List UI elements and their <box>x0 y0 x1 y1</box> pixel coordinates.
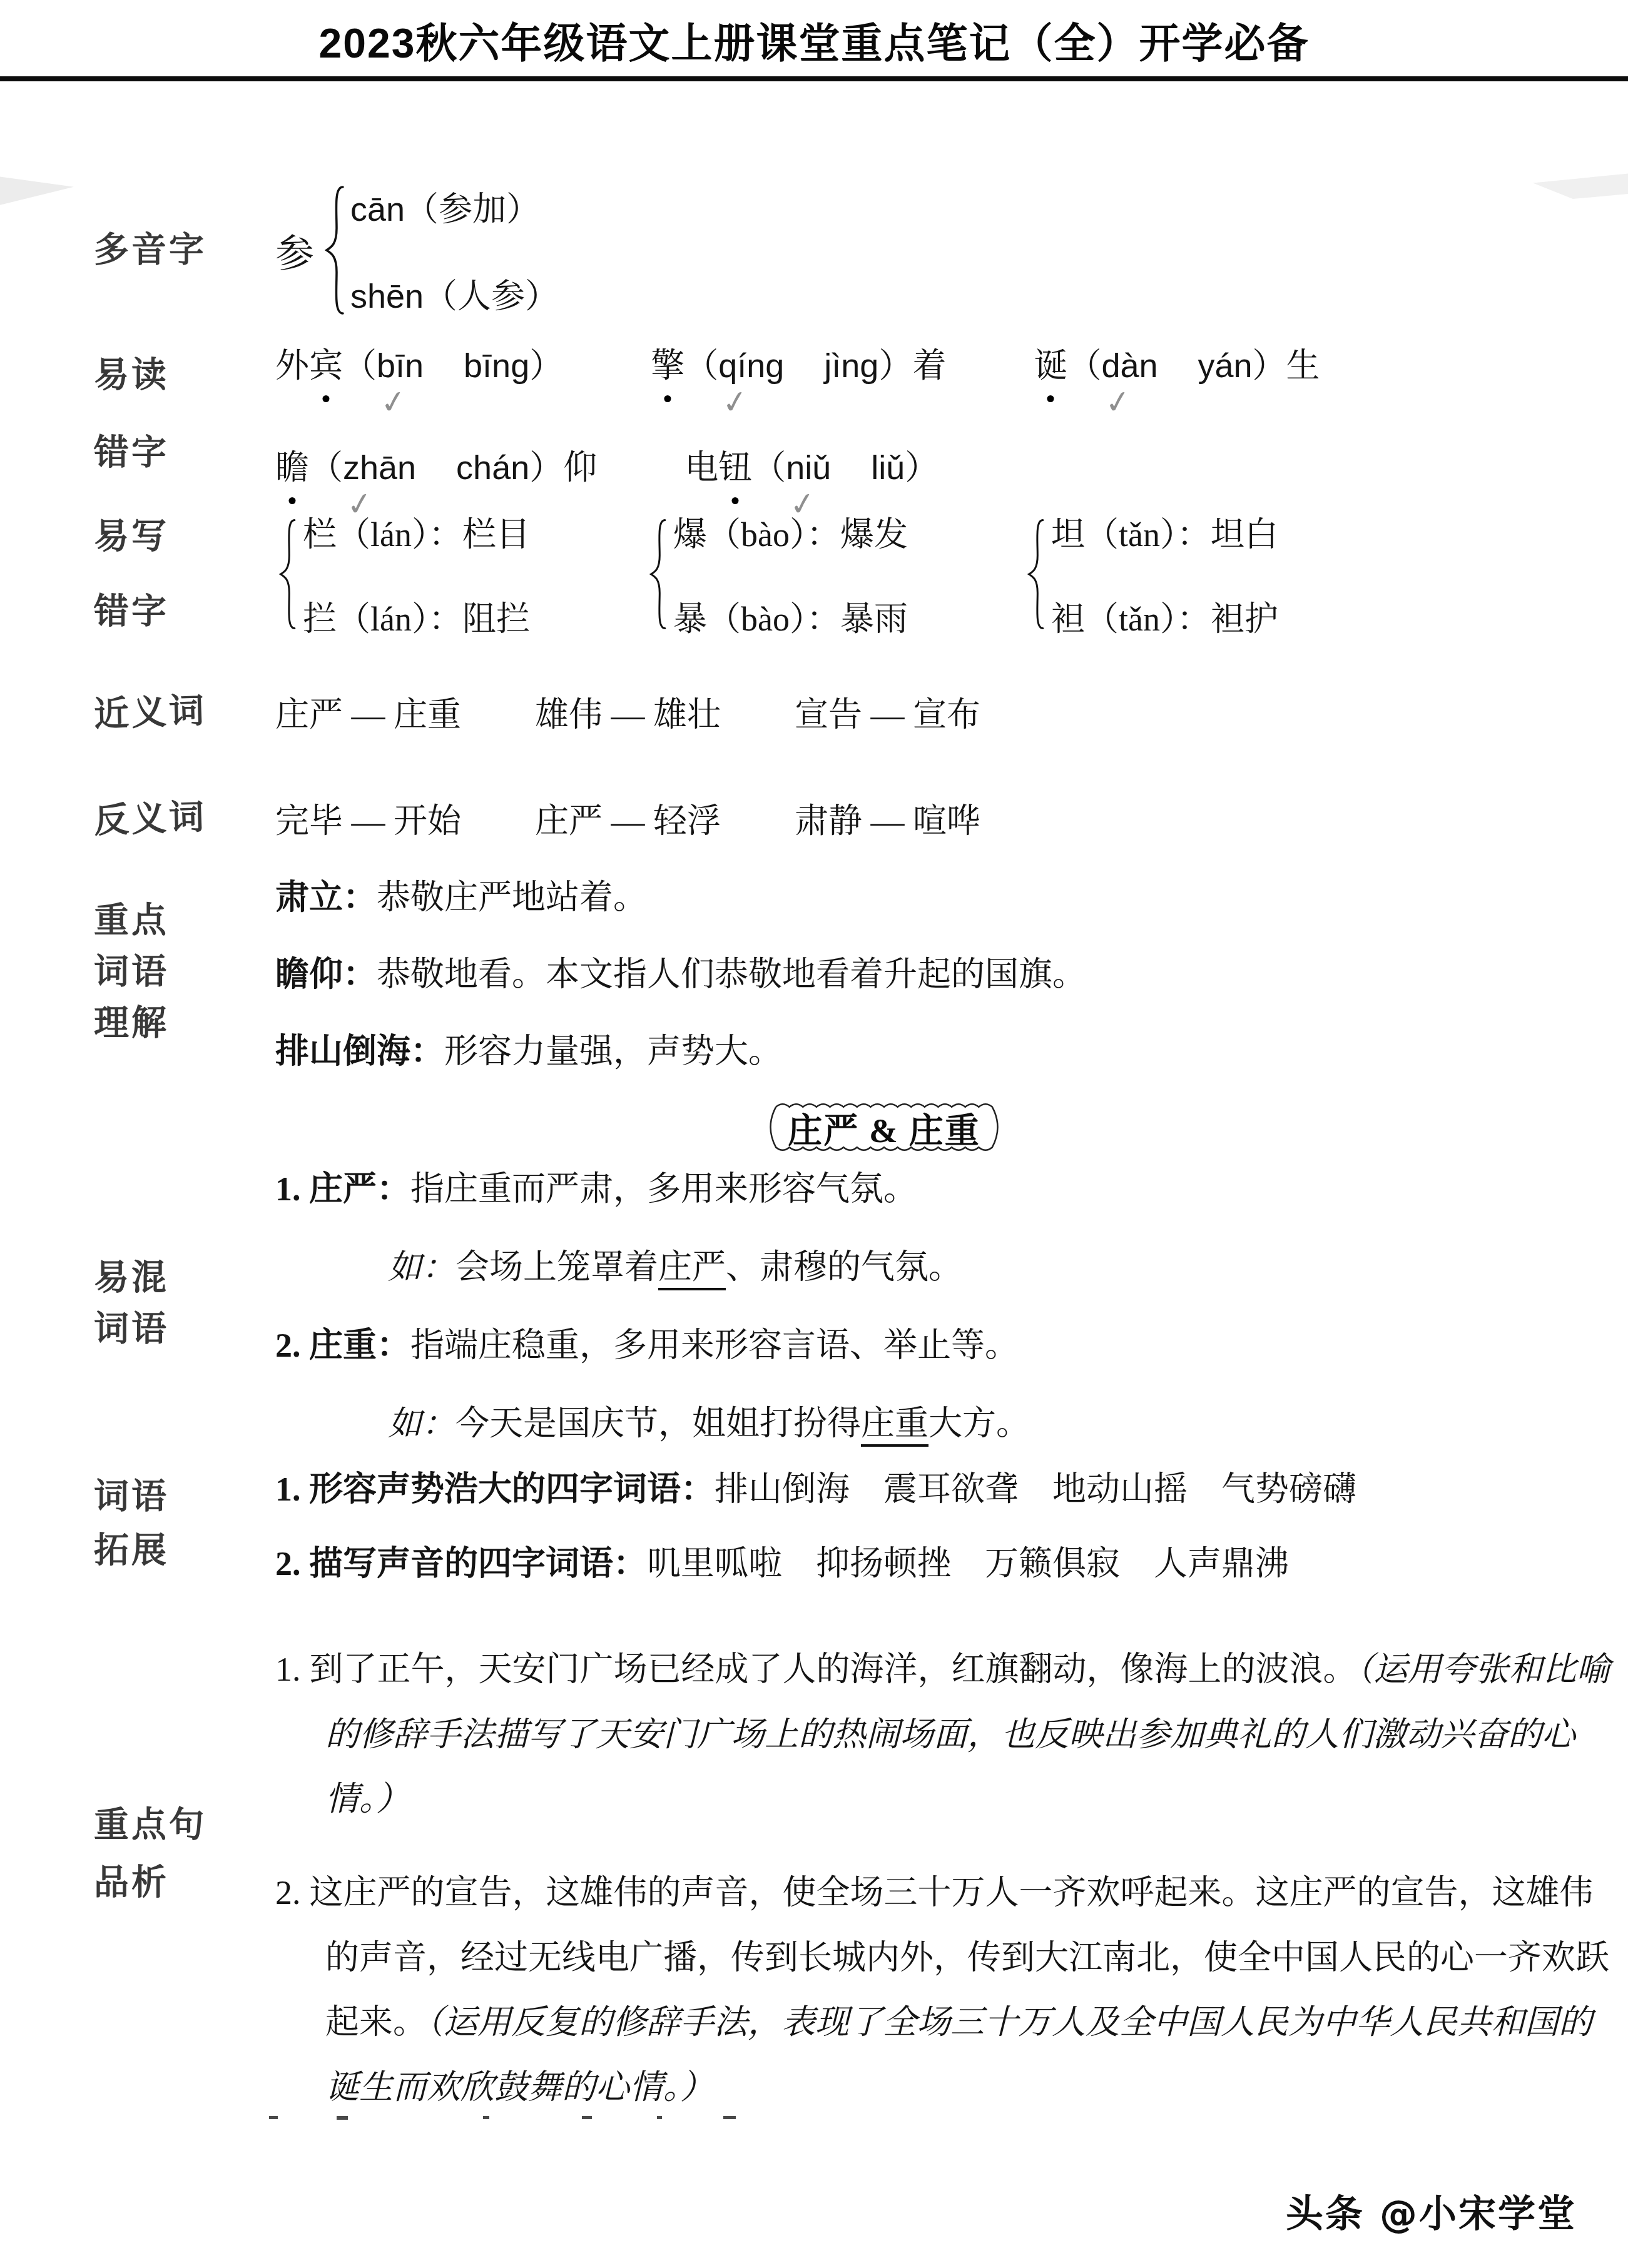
miswrite-top: 坦（tǎn）：坦白 <box>1051 508 1278 556</box>
section-label: 重点句 <box>94 1808 275 1843</box>
synonym-pair: 宣告 — 宣布 <box>795 688 980 736</box>
section-label: 多音字 <box>94 233 275 268</box>
dotted-char: 诞 <box>1034 339 1067 387</box>
synonym-pair: 庄严 — 庄重 <box>275 688 461 736</box>
confusable-example: 如：会场上笼罩着庄严、肃穆的气氛。 <box>388 1240 1030 1288</box>
page-title: 2023秋六年级语文上册课堂重点笔记（全）开学必备 <box>0 10 1628 69</box>
section-label: 易读 <box>94 358 275 393</box>
section-label: 重点 <box>94 903 275 938</box>
underlined-word: 庄严 <box>658 1248 726 1290</box>
word-definition: 肃立：恭敬庄严地站着。 <box>275 871 1086 919</box>
checkmark-icon: ✓ <box>378 382 409 422</box>
section-label: 易混 <box>94 1260 275 1295</box>
misread-row: 外宾（bīn✓bīng） 擎（qíng✓jìng）着 诞（dàn✓yán）生 <box>275 339 1320 387</box>
section-synonyms: 近义词 庄严 — 庄重 雄伟 — 雄壮 宣告 — 宣布 <box>0 674 1628 749</box>
section-label: 错字 <box>94 594 275 629</box>
misread-entry: 诞（dàn✓yán）生 <box>1034 339 1320 387</box>
key-sentence: 2.这庄严的宣告，这雄伟的声音，使全场三十万人一齐欢呼起来。这庄严的宣告，这雄伟… <box>275 1861 1614 2120</box>
misread-entry: 擎（qíng✓jìng）着 <box>651 339 946 387</box>
brace-icon <box>1024 510 1046 639</box>
miswrite-bottom: 袒（tǎn）：袒护 <box>1051 592 1278 640</box>
section-misread: 易读 错字 外宾（bīn✓bīng） 擎（qíng✓jìng）着 诞（dàn✓y… <box>0 339 1628 489</box>
sentence-annotation: （运用反复的修辞手法，表现了全场三十万人及全中国人民为中华人民共和国的诞生而欢欣… <box>325 2003 1592 2106</box>
section-antonyms: 反义词 完毕 — 开始 庄严 — 轻浮 肃静 — 喧哗 <box>0 781 1628 856</box>
section-confusable-words: 易混 词语 1. 庄严：指庄重而严肃，多用来形容气氛。 如：会场上笼罩着庄严、肃… <box>0 1162 1628 1445</box>
misread-entry: 瞻（zhān✓chán）仰 <box>275 441 597 489</box>
confusable-example: 如：今天是国庆节，姐姐打扮得庄重大方。 <box>388 1397 1030 1445</box>
section-label: 品析 <box>94 1865 275 1900</box>
watermark-text: 头条 @小宋学堂 <box>1286 2184 1577 2238</box>
miswrite-group: 坦（tǎn）：坦白 袒（tǎn）：袒护 <box>1024 508 1278 640</box>
misread-entry: 电钮（niǔ✓liǔ） <box>684 441 939 489</box>
synonym-pair: 雄伟 — 雄壮 <box>535 688 721 736</box>
word-definition: 排山倒海：形容力量强，声势大。 <box>275 1025 1086 1073</box>
dotted-char: 钮 <box>718 441 752 489</box>
confusable-definition: 1. 庄严：指庄重而严肃，多用来形容气氛。 <box>275 1162 1030 1210</box>
comparison-callout-box: 庄严 & 庄重 <box>767 1098 1001 1156</box>
miswrite-bottom: 暴（bào）：暴雨 <box>673 592 908 640</box>
miswrite-group: 栏（lán）：栏目 拦（lán）：阻拦 <box>275 508 530 640</box>
antonym-pair: 庄严 — 轻浮 <box>535 794 721 843</box>
section-miswrite: 易写 错字 栏（lán）：栏目 拦（lán）：阻拦 <box>0 508 1628 640</box>
underlined-word: 庄重 <box>861 1405 928 1447</box>
section-key-sentences: 重点句 品析 1.到了正午，天安门广场已经成了人的海洋，红旗翻动，像海上的波浪。… <box>0 1638 1628 2120</box>
section-label: 近义词 <box>93 691 276 732</box>
key-sentence: 1.到了正午，天安门广场已经成了人的海洋，红旗翻动，像海上的波浪。（运用夸张和比… <box>275 1638 1614 1832</box>
callout-text: 庄严 & 庄重 <box>767 1098 1001 1156</box>
section-label: 拓展 <box>94 1533 275 1568</box>
miswrite-bottom: 拦（lán）：阻拦 <box>303 592 530 640</box>
dotted-char: 瞻 <box>275 441 309 489</box>
section-label: 词语 <box>94 1479 275 1514</box>
brace-icon <box>646 510 668 639</box>
brace-icon <box>275 510 298 639</box>
reading-2: shēn（人参） <box>350 270 559 318</box>
word-definition: 瞻仰：恭敬地看。本文指人们恭敬地看着升起的国旗。 <box>275 948 1086 996</box>
section-key-words: 重点 词语 理解 肃立：恭敬庄严地站着。 瞻仰：恭敬地看。本文指人们恭敬地看着升… <box>0 871 1628 1073</box>
misread-row: 瞻（zhān✓chán）仰 电钮（niǔ✓liǔ） <box>275 441 1320 489</box>
brace-icon <box>320 183 347 317</box>
title-divider <box>0 76 1628 81</box>
reading-1: cān（参加） <box>350 183 559 231</box>
section-label: 词语 <box>94 1312 275 1347</box>
confusable-definition: 2. 庄重：指端庄稳重，多用来形容言语、举止等。 <box>275 1319 1030 1367</box>
section-label: 易写 <box>94 519 275 554</box>
dotted-char: 宾 <box>309 339 343 387</box>
section-label: 错字 <box>94 435 275 470</box>
section-label: 词语 <box>94 954 275 990</box>
miswrite-group: 爆（bào）：爆发 暴（bào）：暴雨 <box>646 508 908 640</box>
notes-page: 2023秋六年级语文上册课堂重点笔记（全）开学必备 多音字 参 cān（参加） … <box>0 0 1628 2268</box>
misread-entry: 外宾（bīn✓bīng） <box>275 339 563 387</box>
cutoff-text-line <box>269 2116 895 2120</box>
miswrite-top: 爆（bào）：爆发 <box>673 508 908 556</box>
miswrite-top: 栏（lán）：栏目 <box>303 508 530 556</box>
section-polyphonic: 多音字 参 cān（参加） shēn（人参） <box>0 176 1628 324</box>
expansion-item: 2. 描写声音的四字词语：叽里呱啦 抑扬顿挫 万籁俱寂 人声鼎沸 <box>275 1537 1356 1585</box>
antonym-pair: 肃静 — 喧哗 <box>795 794 980 843</box>
checkmark-icon: ✓ <box>1103 382 1134 422</box>
dotted-char: 擎 <box>651 339 684 387</box>
expansion-item: 1. 形容声势浩大的四字词语：排山倒海 震耳欲聋 地动山摇 气势磅礴 <box>275 1462 1356 1511</box>
antonym-pair: 完毕 — 开始 <box>275 794 461 843</box>
section-label: 反义词 <box>93 797 276 839</box>
section-word-expansion: 词语 拓展 1. 形容声势浩大的四字词语：排山倒海 震耳欲聋 地动山摇 气势磅礴… <box>0 1462 1628 1585</box>
checkmark-icon: ✓ <box>720 382 751 422</box>
polyphonic-char: 参 <box>275 223 314 278</box>
section-label: 理解 <box>94 1006 275 1041</box>
